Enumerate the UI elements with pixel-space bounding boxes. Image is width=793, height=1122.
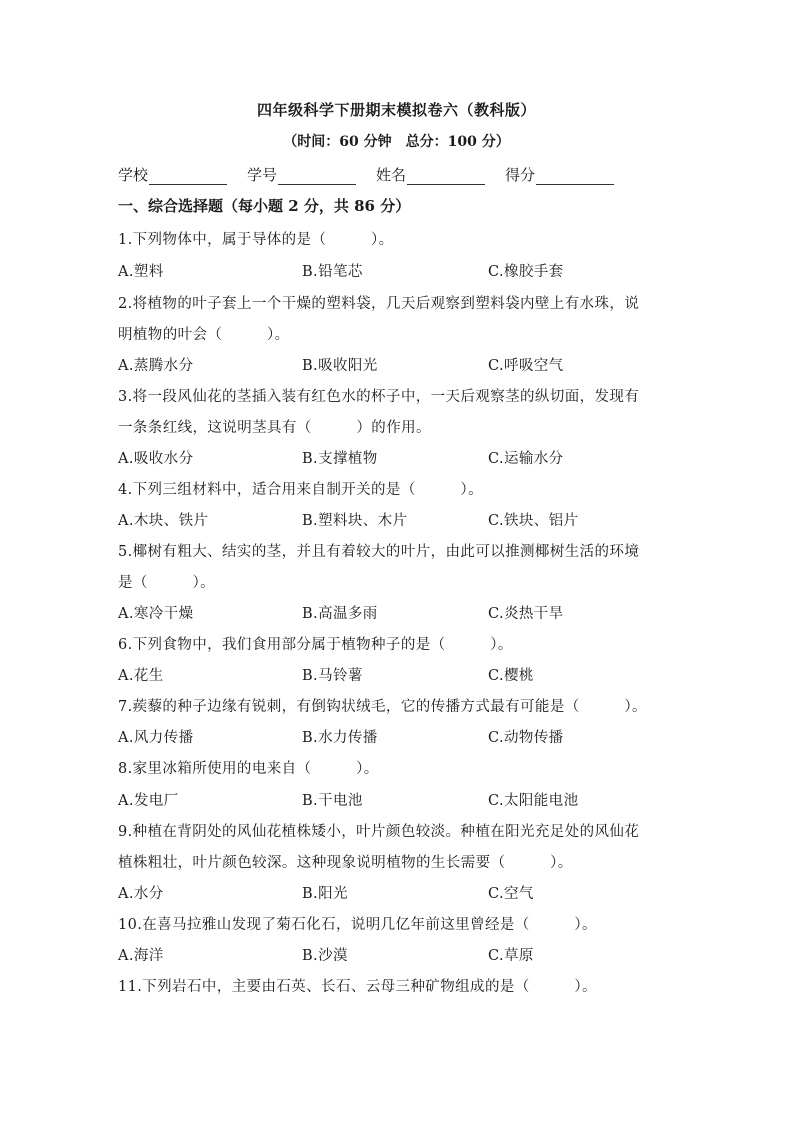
question-6-option-c: C.樱桃 xyxy=(488,664,534,685)
question-9-text-line-2: 植株粗壮，叶片颜色较深。这种现象说明植物的生长需要（ ）。 xyxy=(118,851,573,872)
question-10-option-c: C.草原 xyxy=(488,944,534,965)
question-9-option-a: A.水分 xyxy=(118,882,164,903)
question-1-option-c: C.橡胶手套 xyxy=(488,260,564,281)
school-blank[interactable] xyxy=(149,168,227,185)
question-5-text-line-1: 5.椰树有粗大、结实的茎，并且有着较大的叶片，由此可以推测椰树生活的环境 xyxy=(118,540,639,561)
question-5-option-a: A.寒冷干燥 xyxy=(118,602,193,623)
question-2-option-b: B.吸收阳光 xyxy=(302,354,378,375)
question-5-text-line-2: 是（ ）。 xyxy=(118,571,215,592)
question-3-option-b: B.支撑植物 xyxy=(302,447,378,468)
name-label: 姓名 xyxy=(376,164,406,185)
question-1-option-a: A.塑料 xyxy=(118,260,164,281)
question-5-option-c: C.炎热干旱 xyxy=(488,602,564,623)
question-2-option-a: A.蒸腾水分 xyxy=(118,354,193,375)
question-3-text-line-1: 3.将一段风仙花的茎插入装有红色水的杯子中，一天后观察茎的纵切面，发现有 xyxy=(118,385,639,406)
student-number-blank[interactable] xyxy=(278,168,356,185)
name-blank[interactable] xyxy=(407,168,485,185)
student-info-row: 学校 学号 姓名 得分 xyxy=(118,164,634,185)
score-label: 得分 xyxy=(505,164,535,185)
question-3-option-c: C.运输水分 xyxy=(488,447,564,468)
question-6-option-b: B.马铃薯 xyxy=(302,664,363,685)
question-4-option-c: C.铁块、铝片 xyxy=(488,509,579,530)
question-8-option-c: C.太阳能电池 xyxy=(488,789,579,810)
question-5-option-b: B.高温多雨 xyxy=(302,602,378,623)
question-4-option-b: B.塑料块、木片 xyxy=(302,509,407,530)
school-label: 学校 xyxy=(118,164,148,185)
question-7-option-a: A.风力传播 xyxy=(118,726,193,747)
score-field[interactable]: 得分 xyxy=(505,164,614,185)
question-3-text-line-2: 一条条红线，这说明茎具有（ ）的作用。 xyxy=(118,416,431,437)
question-1-option-b: B.铅笔芯 xyxy=(302,260,363,281)
question-8-option-a: A.发电厂 xyxy=(118,789,179,810)
question-7-option-b: B.水力传播 xyxy=(302,726,378,747)
question-6-option-a: A.花生 xyxy=(118,664,164,685)
question-10-option-a: A.海洋 xyxy=(118,944,164,965)
question-6-text: 6.下列食物中，我们食用部分属于植物种子的是（ ）。 xyxy=(118,633,513,654)
question-7-text: 7.蒺藜的种子边缘有锐刺，有倒钩状绒毛，它的传播方式最有可能是（ ）。 xyxy=(118,695,647,716)
question-1-text: 1.下列物体中，属于导体的是（ ）。 xyxy=(118,228,394,249)
score-blank[interactable] xyxy=(536,168,614,185)
question-4-option-a: A.木块、铁片 xyxy=(118,509,208,530)
exam-page: 四年级科学下册期末模拟卷六（教科版） （时间：60 分钟 总分：100 分） 学… xyxy=(0,0,793,1122)
question-2-text-line-2: 明植物的叶会（ ）。 xyxy=(118,323,290,344)
question-8-text: 8.家里冰箱所使用的电来自（ ）。 xyxy=(118,757,379,778)
school-field[interactable]: 学校 xyxy=(118,164,227,185)
question-3-option-a: A.吸收水分 xyxy=(118,447,193,468)
question-9-option-c: C.空气 xyxy=(488,882,534,903)
exam-subtitle: （时间：60 分钟 总分：100 分） xyxy=(0,131,793,151)
question-11-text: 11.下列岩石中，主要由石英、长石、云母三种矿物组成的是（ ）。 xyxy=(118,975,597,996)
section-heading: 一、综合选择题（每小题 2 分，共 86 分） xyxy=(118,195,410,216)
student-number-field[interactable]: 学号 xyxy=(247,164,356,185)
question-9-option-b: B.阳光 xyxy=(302,882,348,903)
question-7-option-c: C.动物传播 xyxy=(488,726,564,747)
name-field[interactable]: 姓名 xyxy=(376,164,485,185)
student-number-label: 学号 xyxy=(247,164,277,185)
question-2-text-line-1: 2.将植物的叶子套上一个干燥的塑料袋，几天后观察到塑料袋内壁上有水珠，说 xyxy=(118,292,639,313)
question-10-option-b: B.沙漠 xyxy=(302,944,348,965)
question-10-text: 10.在喜马拉雅山发现了菊石化石，说明几亿年前这里曾经是（ ）。 xyxy=(118,913,597,934)
exam-title: 四年级科学下册期末模拟卷六（教科版） xyxy=(0,99,793,120)
question-2-option-c: C.呼吸空气 xyxy=(488,354,564,375)
question-8-option-b: B.干电池 xyxy=(302,789,363,810)
question-9-text-line-1: 9.种植在背阴处的风仙花植株矮小，叶片颜色较淡。种植在阳光充足处的风仙花 xyxy=(118,820,639,841)
question-4-text: 4.下列三组材料中，适合用来自制开关的是（ ）。 xyxy=(118,478,483,499)
